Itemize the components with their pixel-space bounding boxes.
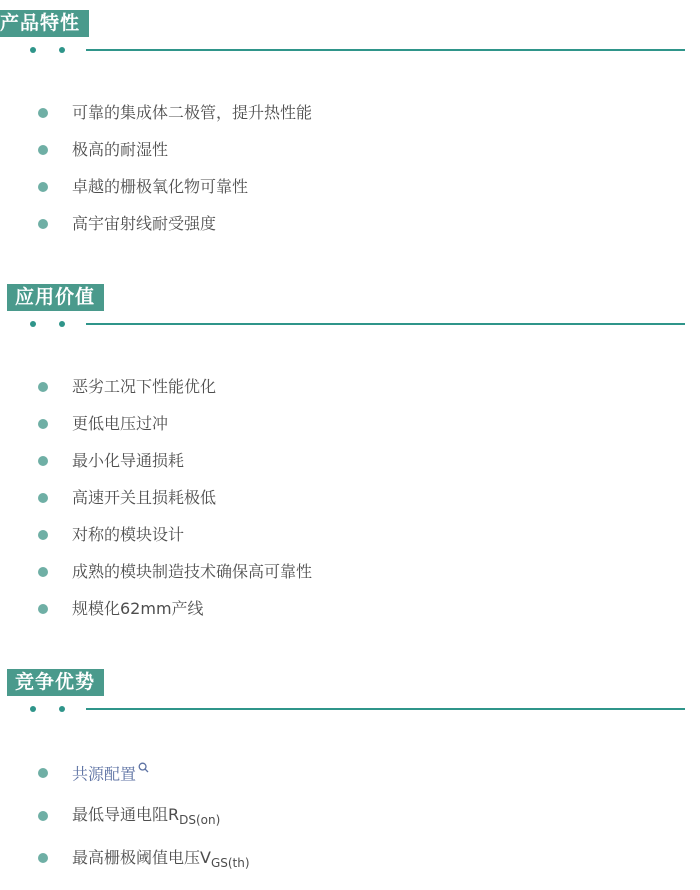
bullet-icon — [38, 108, 48, 118]
item-text: 极高的耐湿性 — [72, 140, 168, 160]
section-divider — [0, 705, 700, 713]
divider-line — [86, 49, 685, 51]
bullet-icon — [38, 493, 48, 503]
item-text: 恶劣工况下性能优化 — [72, 377, 216, 397]
page: 产品特性 可靠的集成体二极管，提升热性能 极高的耐湿性 卓越的栅极氧化物可靠性 … — [0, 0, 700, 890]
bullet-icon — [38, 382, 48, 392]
section-title-badge: 竞争优势 — [7, 669, 104, 696]
divider-line — [86, 708, 685, 710]
item-text-main: 最高栅极阈值电压V — [72, 848, 211, 867]
divider-dot-icon — [59, 321, 65, 327]
list-item: 高速开关且损耗极低 — [0, 488, 700, 508]
section-title-badge: 应用价值 — [7, 284, 104, 311]
advantage-list: 共源配置 最低导通电阻RDS(on) 最高栅极阈值电压VGS(th) — [0, 762, 700, 869]
list-item: 最高栅极阈值电压VGS(th) — [0, 848, 700, 869]
list-item: 恶劣工况下性能优化 — [0, 377, 700, 397]
item-text-main: 最低导通电阻R — [72, 805, 179, 824]
divider-dot-icon — [30, 321, 36, 327]
section-competitive-advantages: 竞争优势 共源配置 最低导通电阻RDS(on) 最高栅极阈值电压VGS(th) — [0, 669, 700, 869]
bullet-icon — [38, 219, 48, 229]
divider-dot-icon — [30, 706, 36, 712]
bullet-icon — [38, 811, 48, 821]
item-text: 最高栅极阈值电压VGS(th) — [72, 848, 250, 869]
bullet-icon — [38, 853, 48, 863]
list-item: 高宇宙射线耐受强度 — [0, 214, 700, 234]
list-item: 可靠的集成体二极管，提升热性能 — [0, 103, 700, 123]
divider-dot-icon — [59, 706, 65, 712]
list-item: 最低导通电阻RDS(on) — [0, 805, 700, 826]
item-text: 成熟的模块制造技术确保高可靠性 — [72, 562, 312, 582]
section-divider — [0, 46, 700, 54]
list-item: 卓越的栅极氧化物可靠性 — [0, 177, 700, 197]
bullet-icon — [38, 145, 48, 155]
bullet-icon — [38, 567, 48, 577]
list-item: 成熟的模块制造技术确保高可靠性 — [0, 562, 700, 582]
value-list: 恶劣工况下性能优化 更低电压过冲 最小化导通损耗 高速开关且损耗极低 对称的模块… — [0, 377, 700, 619]
list-item: 规模化62mm产线 — [0, 599, 700, 619]
search-icon[interactable] — [138, 762, 149, 773]
bullet-icon — [38, 456, 48, 466]
item-text-subscript: DS(on) — [179, 814, 220, 828]
divider-dot-icon — [59, 47, 65, 53]
item-text: 规模化62mm产线 — [72, 599, 204, 619]
item-text: 卓越的栅极氧化物可靠性 — [72, 177, 248, 197]
item-text: 更低电压过冲 — [72, 414, 168, 434]
divider-dot-icon — [30, 47, 36, 53]
list-item: 共源配置 — [0, 762, 700, 784]
item-text: 最低导通电阻RDS(on) — [72, 805, 220, 826]
feature-list: 可靠的集成体二极管，提升热性能 极高的耐湿性 卓越的栅极氧化物可靠性 高宇宙射线… — [0, 103, 700, 234]
item-text: 高速开关且损耗极低 — [72, 488, 216, 508]
item-text: 高宇宙射线耐受强度 — [72, 214, 216, 234]
list-item: 最小化导通损耗 — [0, 451, 700, 471]
item-text: 最小化导通损耗 — [72, 451, 184, 471]
item-text: 可靠的集成体二极管，提升热性能 — [72, 103, 312, 123]
section-divider — [0, 320, 700, 328]
list-item: 极高的耐湿性 — [0, 140, 700, 160]
divider-line — [86, 323, 685, 325]
section-application-value: 应用价值 恶劣工况下性能优化 更低电压过冲 最小化导通损耗 高速开关且损耗极低 — [0, 284, 700, 619]
bullet-icon — [38, 419, 48, 429]
bullet-icon — [38, 530, 48, 540]
section-title-badge: 产品特性 — [0, 10, 89, 37]
list-item: 对称的模块设计 — [0, 525, 700, 545]
list-item: 更低电压过冲 — [0, 414, 700, 434]
bullet-icon — [38, 768, 48, 778]
item-text-subscript: GS(th) — [211, 856, 250, 870]
bullet-icon — [38, 604, 48, 614]
section-product-features: 产品特性 可靠的集成体二极管，提升热性能 极高的耐湿性 卓越的栅极氧化物可靠性 … — [0, 10, 700, 234]
bullet-icon — [38, 182, 48, 192]
item-text: 对称的模块设计 — [72, 525, 184, 545]
common-source-link[interactable]: 共源配置 — [72, 764, 136, 783]
